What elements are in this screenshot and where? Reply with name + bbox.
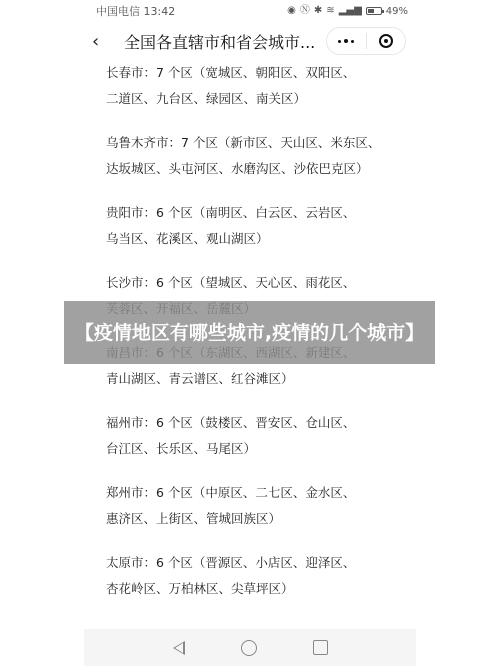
battery-icon (366, 7, 382, 15)
eye-icon: ◉ (287, 6, 296, 16)
clock-label: 13:42 (144, 5, 176, 18)
nfc-icon: Ⓝ (300, 6, 310, 16)
back-button[interactable]: ‹ (84, 31, 120, 52)
city-line-1: 长沙市：6 个区（望城区、天心区、雨花区、 (106, 270, 406, 296)
city-line-2: 二道区、九台区、绿园区、南关区） (106, 86, 406, 112)
city-item-guiyang: 贵阳市：6 个区（南明区、白云区、云岩区、 乌当区、花溪区、观山湖区） (106, 200, 406, 270)
chevron-left-icon: ‹ (92, 31, 99, 52)
city-line-1: 福州市：6 个区（鼓楼区、晋安区、仓山区、 (106, 410, 406, 436)
city-line-2: 乌当区、花溪区、观山湖区） (106, 226, 406, 252)
system-nav-bar (84, 629, 416, 666)
wifi-icon: ≋ (326, 6, 334, 16)
status-left: 中国电信 13:42 (84, 3, 175, 19)
city-line-1: 乌鲁木齐市：7 个区（新市区、天山区、米东区、 (106, 130, 406, 156)
city-line-2: 惠济区、上街区、管城回族区） (106, 506, 406, 532)
mini-program-capsule (326, 27, 406, 55)
city-line-1: 长春市：7 个区（宽城区、朝阳区、双阳区、 (106, 60, 406, 86)
city-item-fuzhou: 福州市：6 个区（鼓楼区、晋安区、仓山区、 台江区、长乐区、马尾区） (106, 410, 406, 480)
bluetooth-icon: ✱ (314, 6, 322, 16)
battery-percent: 49% (386, 6, 408, 17)
page-title: 全国各直辖市和省会城市... (124, 30, 324, 53)
city-item-urumqi: 乌鲁木齐市：7 个区（新市区、天山区、米东区、 达坂城区、头屯河区、水磨沟区、沙… (106, 130, 406, 200)
city-line-2: 青山湖区、青云谱区、红谷滩区） (106, 366, 406, 392)
city-line-2: 达坂城区、头屯河区、水磨沟区、沙依巴克区） (106, 156, 406, 182)
carrier-label: 中国电信 (96, 5, 140, 18)
overlay-text: 【疫情地区有哪些城市,疫情的几个城市】 (75, 320, 424, 346)
title-overlay-banner: 【疫情地区有哪些城市,疫情的几个城市】 (64, 301, 435, 364)
more-dots-icon (338, 39, 354, 43)
city-line-2: 台江区、长乐区、马尾区） (106, 436, 406, 462)
4g-signal-icon: ▂▄▆ (339, 6, 362, 16)
close-button[interactable] (367, 28, 406, 54)
status-bar: 中国电信 13:42 ◉ Ⓝ ✱ ≋ ▂▄▆ 49% (84, 0, 416, 22)
city-line-1: 贵阳市：6 个区（南明区、白云区、云岩区、 (106, 200, 406, 226)
city-line-1: 太原市：6 个区（晋源区、小店区、迎泽区、 (106, 550, 406, 576)
more-button[interactable] (327, 28, 366, 54)
back-icon[interactable] (173, 641, 185, 655)
recent-apps-icon[interactable] (313, 640, 328, 655)
city-line-1: 郑州市：6 个区（中原区、二七区、金水区、 (106, 480, 406, 506)
title-bar: ‹ 全国各直辖市和省会城市... (84, 24, 416, 58)
status-right: ◉ Ⓝ ✱ ≋ ▂▄▆ 49% (287, 6, 416, 17)
target-close-icon (379, 34, 393, 48)
city-item-taiyuan: 太原市：6 个区（晋源区、小店区、迎泽区、 杏花岭区、万柏林区、尖草坪区） (106, 550, 406, 620)
home-icon[interactable] (241, 640, 257, 656)
city-item-changchun: 长春市：7 个区（宽城区、朝阳区、双阳区、 二道区、九台区、绿园区、南关区） (106, 60, 406, 130)
city-line-2: 杏花岭区、万柏林区、尖草坪区） (106, 576, 406, 602)
city-item-zhengzhou: 郑州市：6 个区（中原区、二七区、金水区、 惠济区、上街区、管城回族区） (106, 480, 406, 550)
